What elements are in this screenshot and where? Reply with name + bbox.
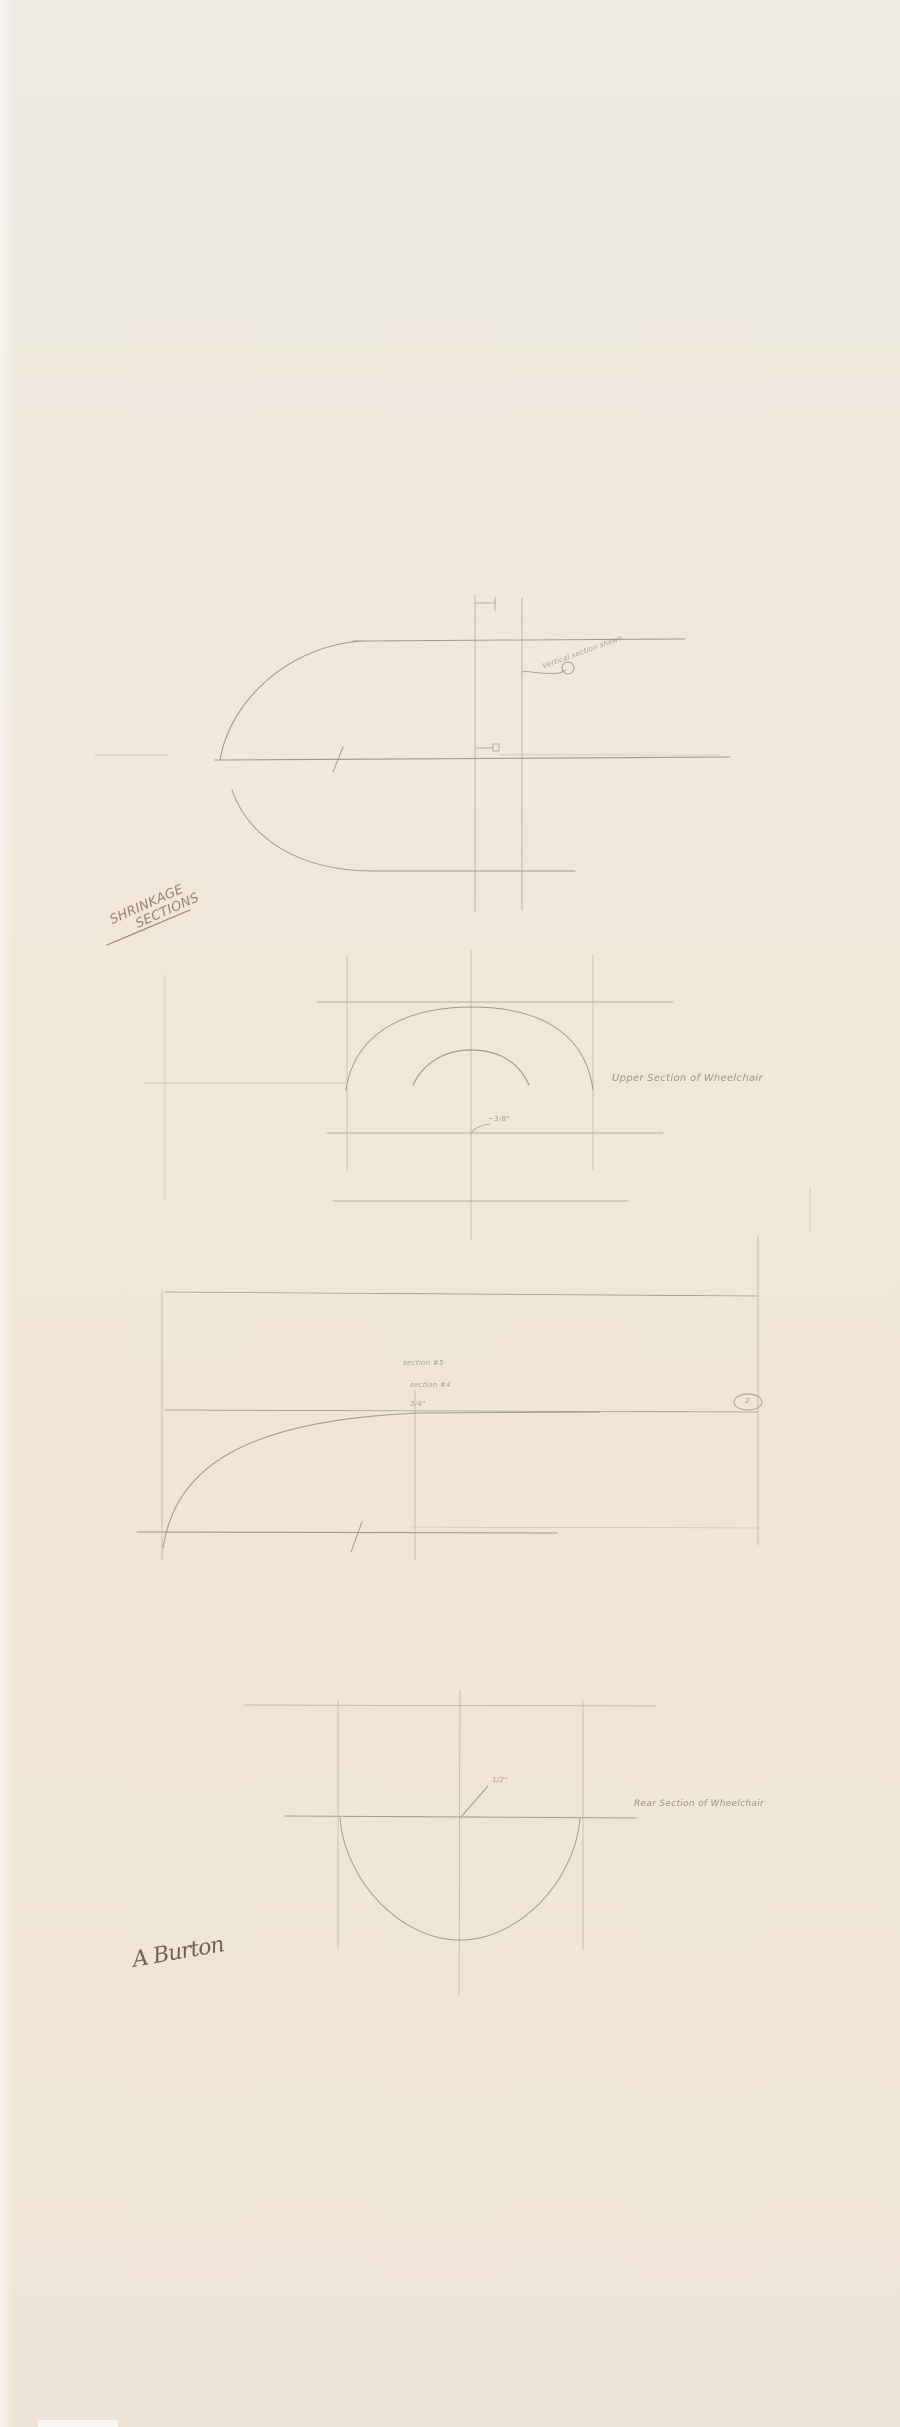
upper-section-label: Upper Section of Wheelchair [612,1073,763,1084]
top-section-drawing [95,595,730,912]
middle-label-c: 3/4" [410,1400,426,1408]
middle-marker: 2 [745,1397,750,1405]
upper-angle-label: ~3/8" [488,1115,510,1123]
middle-label-a: section #5 [403,1359,444,1367]
lower-section-label: Rear Section of Wheelchair [634,1799,764,1809]
upper-section-drawing [145,950,673,1240]
middle-label-b: section #4 [410,1381,451,1389]
middle-section-drawing [137,1235,762,1560]
drawing-sheet: SHRINKAGE SECTIONS Vertical section show… [0,0,900,2427]
technical-drawing [0,0,900,2427]
lower-section-drawing [245,1690,655,1995]
lower-angle-label: 1/2" [492,1776,508,1784]
paper-tag [38,2420,118,2427]
